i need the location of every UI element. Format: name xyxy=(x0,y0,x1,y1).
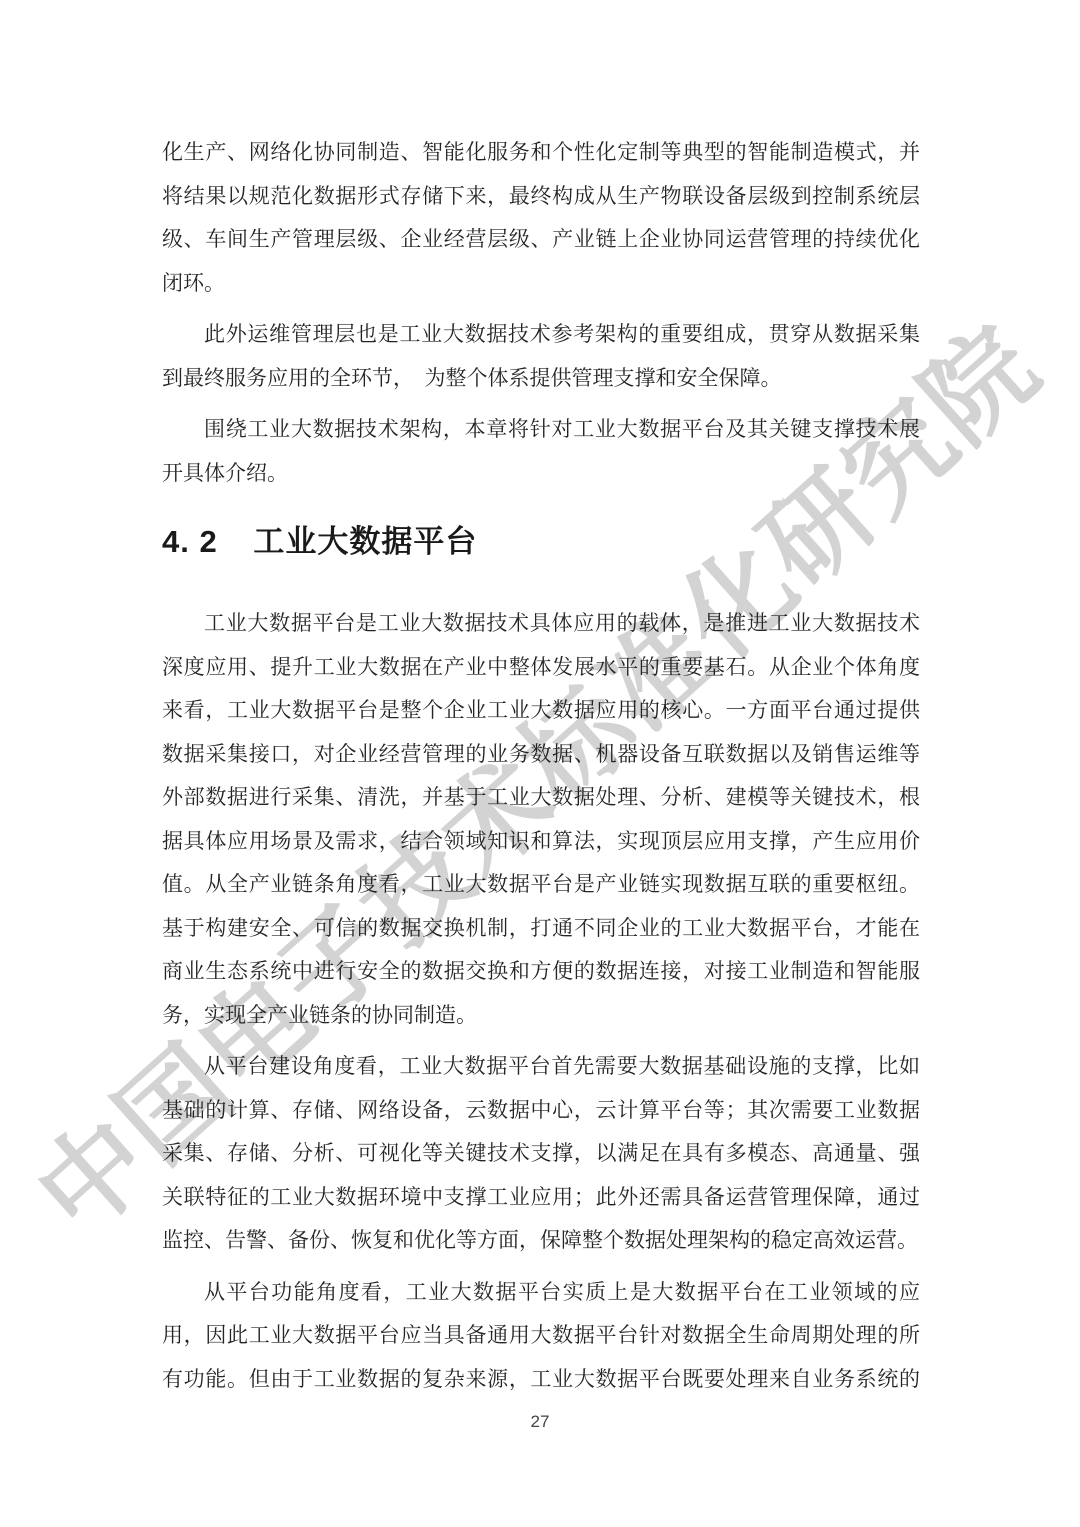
text-line: 开具体介绍。 xyxy=(162,452,920,496)
paragraph: 工业大数据平台是工业大数据技术具体应用的载体，是推进工业大数据技术深度应用、提升… xyxy=(162,602,920,1037)
section-number: 4. 2 xyxy=(162,524,218,559)
text-line: 用，因此工业大数据平台应当具备通用大数据平台针对数据全生命周期处理的所 xyxy=(162,1314,920,1358)
document-page: 中国电子技术标准化研究院 化生产、网络化协同制造、智能化服务和个性化定制等典型的… xyxy=(0,0,1080,1527)
paragraph: 围绕工业大数据技术架构，本章将针对工业大数据平台及其关键支撑技术展开具体介绍。 xyxy=(162,408,920,495)
paragraphs-after-heading: 工业大数据平台是工业大数据技术具体应用的载体，是推进工业大数据技术深度应用、提升… xyxy=(162,602,920,1401)
paragraphs-before-heading: 化生产、网络化协同制造、智能化服务和个性化定制等典型的智能制造模式，并将结果以规… xyxy=(162,131,920,495)
text-line: 到最终服务应用的全环节， 为整个体系提供管理支撑和安全保障。 xyxy=(162,357,920,401)
text-line: 据具体应用场景及需求，结合领域知识和算法，实现顶层应用支撑，产生应用价 xyxy=(162,820,920,864)
text-line: 工业大数据平台是工业大数据技术具体应用的载体，是推进工业大数据技术 xyxy=(162,602,920,646)
text-line: 将结果以规范化数据形式存储下来，最终构成从生产物联设备层级到控制系统层 xyxy=(162,175,920,219)
text-line: 基础的计算、存储、网络设备，云数据中心，云计算平台等；其次需要工业数据 xyxy=(162,1089,920,1133)
section-title: 工业大数据平台 xyxy=(253,524,477,559)
paragraph: 从平台功能角度看，工业大数据平台实质上是大数据平台在工业领域的应用，因此工业大数… xyxy=(162,1271,920,1402)
text-line: 从平台建设角度看，工业大数据平台首先需要大数据基础设施的支撑，比如 xyxy=(162,1045,920,1089)
text-line: 有功能。但由于工业数据的复杂来源，工业大数据平台既要处理来自业务系统的 xyxy=(162,1358,920,1402)
text-line: 此外运维管理层也是工业大数据技术参考架构的重要组成，贯穿从数据采集 xyxy=(162,313,920,357)
text-line: 基于构建安全、可信的数据交换机制，打通不同企业的工业大数据平台，才能在 xyxy=(162,907,920,951)
text-line: 深度应用、提升工业大数据在产业中整体发展水平的重要基石。从企业个体角度 xyxy=(162,646,920,690)
text-line: 关联特征的工业大数据环境中支撑工业应用；此外还需具备运营管理保障，通过 xyxy=(162,1176,920,1220)
text-line: 数据采集接口，对企业经营管理的业务数据、机器设备互联数据以及销售运维等 xyxy=(162,733,920,777)
text-line: 监控、告警、备份、恢复和优化等方面，保障整个数据处理架构的稳定高效运营。 xyxy=(162,1219,920,1263)
text-line: 商业生态系统中进行安全的数据交换和方便的数据连接，对接工业制造和智能服 xyxy=(162,950,920,994)
text-line: 化生产、网络化协同制造、智能化服务和个性化定制等典型的智能制造模式，并 xyxy=(162,131,920,175)
page-content: 化生产、网络化协同制造、智能化服务和个性化定制等典型的智能制造模式，并将结果以规… xyxy=(162,131,920,1409)
text-line: 来看，工业大数据平台是整个企业工业大数据应用的核心。一方面平台通过提供 xyxy=(162,689,920,733)
text-line: 外部数据进行采集、清洗，并基于工业大数据处理、分析、建模等关键技术，根 xyxy=(162,776,920,820)
text-line: 级、车间生产管理层级、企业经营层级、产业链上企业协同运营管理的持续优化 xyxy=(162,218,920,262)
text-line: 从平台功能角度看，工业大数据平台实质上是大数据平台在工业领域的应 xyxy=(162,1271,920,1315)
paragraph: 从平台建设角度看，工业大数据平台首先需要大数据基础设施的支撑，比如基础的计算、存… xyxy=(162,1045,920,1263)
paragraph: 此外运维管理层也是工业大数据技术参考架构的重要组成，贯穿从数据采集到最终服务应用… xyxy=(162,313,920,400)
text-line: 采集、存储、分析、可视化等关键技术支撑，以满足在具有多模态、高通量、强 xyxy=(162,1132,920,1176)
paragraph: 化生产、网络化协同制造、智能化服务和个性化定制等典型的智能制造模式，并将结果以规… xyxy=(162,131,920,305)
text-line: 闭环。 xyxy=(162,262,920,306)
page-number: 27 xyxy=(0,1412,1080,1432)
section-heading: 4. 2 工业大数据平台 xyxy=(162,521,920,563)
text-line: 值。从全产业链条角度看，工业大数据平台是产业链实现数据互联的重要枢纽。 xyxy=(162,863,920,907)
text-line: 围绕工业大数据技术架构，本章将针对工业大数据平台及其关键支撑技术展 xyxy=(162,408,920,452)
text-line: 务，实现全产业链条的协同制造。 xyxy=(162,994,920,1038)
